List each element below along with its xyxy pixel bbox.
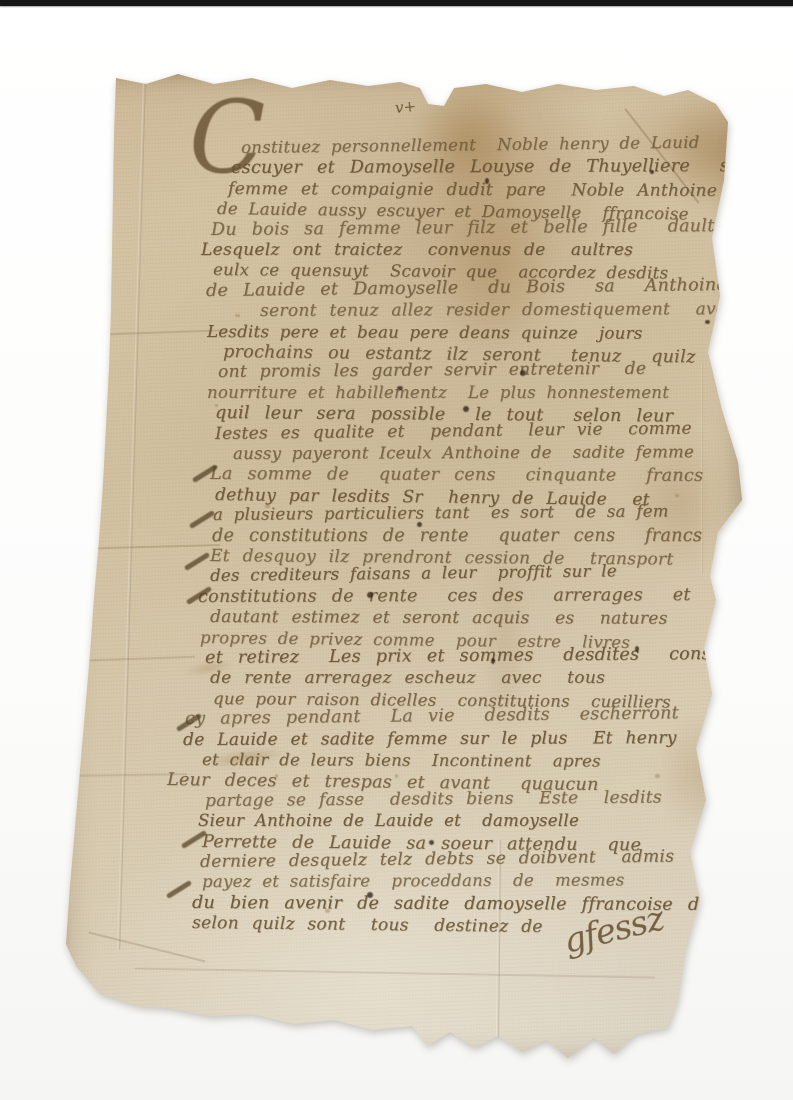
manuscript-line: constitutions de rente ces des arrerages… [198,585,691,607]
manuscript-line: a plusieurs particuliers tant es sort de… [213,502,669,524]
manuscript-line: onstituez personnellement Noble henry de… [241,133,700,157]
manuscript-line: Lesdits pere et beau pere deans quinze j… [207,322,643,343]
manuscript-line: partage se fasse desdits biens Este lesd… [205,787,662,811]
manuscript-line: nourriture et habillementz Le plus honne… [207,383,669,402]
manuscript-line: aussy payeront Iceulx Anthoine de sadite… [233,442,694,463]
manuscript-line: dautant estimez et seront acquis es natu… [210,607,668,629]
manuscript-line: Sieur Anthoine de Lauide et damoyselle [198,811,579,830]
manuscript-line: ont promis les garder servir entretenir … [218,359,646,382]
manuscript-page: C v+ onstituez personnellement Noble hen… [0,0,793,1100]
paper-sheet: C v+ onstituez personnellement Noble hen… [65,74,743,1062]
manuscript-line: de Lauide et sadite femme sur le plus Et… [183,728,677,750]
manuscript-line: escuyer et Damoyselle Louyse de Thuyelli… [231,156,740,178]
manuscript-line: selon quilz sont tous destinez de [192,913,543,937]
manuscript-line: femme et compaignie dudit pare Noble Ant… [228,179,749,201]
manuscript-line: seront tenuz allez resider domestiquemen… [260,299,736,321]
manuscript-line: de constitutions de rente quater cens fr… [212,526,702,546]
manuscript-line: derniere desquelz telz debts se doibvent… [200,847,674,872]
scan-background: C v+ onstituez personnellement Noble hen… [0,0,793,1100]
manuscript-line: de rente arreragez escheuz avec tous [210,668,605,688]
manuscript-line: payez et satisfaire proceddans de mesmes [202,871,625,892]
manuscript-line: du bien avenir de sadite damoyselle ffra… [192,893,763,915]
manuscript-line: des crediteurs faisans a leur proffit su… [210,562,617,586]
manuscript-line: cy apres pendant La vie desdits escherro… [185,703,679,729]
manuscript-line: Du bois sa femme leur filz et belle fill… [211,216,734,240]
manuscript-line: Lesquelz ont traictez convenus de aultre… [201,240,633,260]
manuscript-line: et retirez Les prix et sommes desdites c… [205,644,788,668]
manuscript-line: et clair de leurs biens Incontinent apre… [202,750,601,771]
manuscript-line: La somme de quater cens cinquante francs [210,464,703,486]
